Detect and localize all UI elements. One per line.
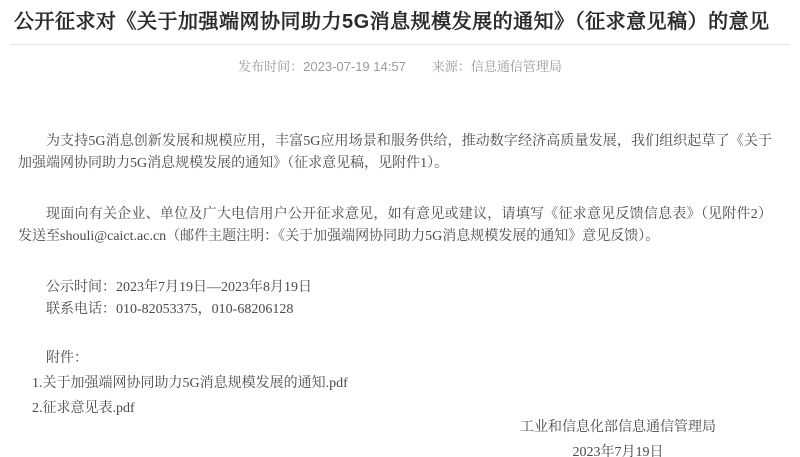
source-value: 信息通信管理局 [471, 59, 562, 74]
attachment-link-notice-pdf[interactable]: 1.关于加强端网协同助力5G消息规模发展的通知.pdf [18, 373, 772, 395]
document-page: 公开征求对《关于加强端网协同助力5G消息规模发展的通知》（征求意见稿）的意见 发… [0, 0, 800, 457]
attachments-section: 附件： 1.关于加强端网协同助力5G消息规模发展的通知.pdf 2.征求意见表.… [18, 348, 772, 420]
paragraph-feedback-instructions: 现面向有关企业、单位及广大电信用户公开征求意见，如有意见或建议，请填写《征求意见… [18, 204, 772, 248]
signature-org: 工业和信息化部信息通信管理局 [520, 415, 716, 440]
signature-inner: 工业和信息化部信息通信管理局 2023年7月19日 [520, 415, 716, 457]
notice-period: 公示时间：2023年7月19日—2023年8月19日 [18, 277, 772, 299]
publish-time-value: 2023-07-19 14:57 [303, 59, 406, 74]
article-body: 为支持5G消息创新发展和规模应用，丰富5G应用场景和服务供给，推动数字经济高质量… [0, 131, 800, 457]
signature-block: 工业和信息化部信息通信管理局 2023年7月19日 [18, 415, 716, 457]
meta-bar: 发布时间：2023-07-19 14:57来源：信息通信管理局 [0, 58, 800, 75]
attachments-label: 附件： [18, 348, 772, 370]
publish-time-label: 发布时间： [238, 59, 303, 74]
contact-phone: 联系电话：010-82053375，010-68206128 [18, 299, 772, 321]
title-divider [10, 44, 790, 45]
page-title: 公开征求对《关于加强端网协同助力5G消息规模发展的通知》（征求意见稿）的意见 [0, 0, 800, 35]
source-label: 来源： [432, 59, 471, 74]
signature-date: 2023年7月19日 [520, 440, 716, 457]
paragraph-intro: 为支持5G消息创新发展和规模应用，丰富5G应用场景和服务供给，推动数字经济高质量… [18, 131, 772, 175]
contact-block: 公示时间：2023年7月19日—2023年8月19日 联系电话：010-8205… [18, 277, 772, 321]
